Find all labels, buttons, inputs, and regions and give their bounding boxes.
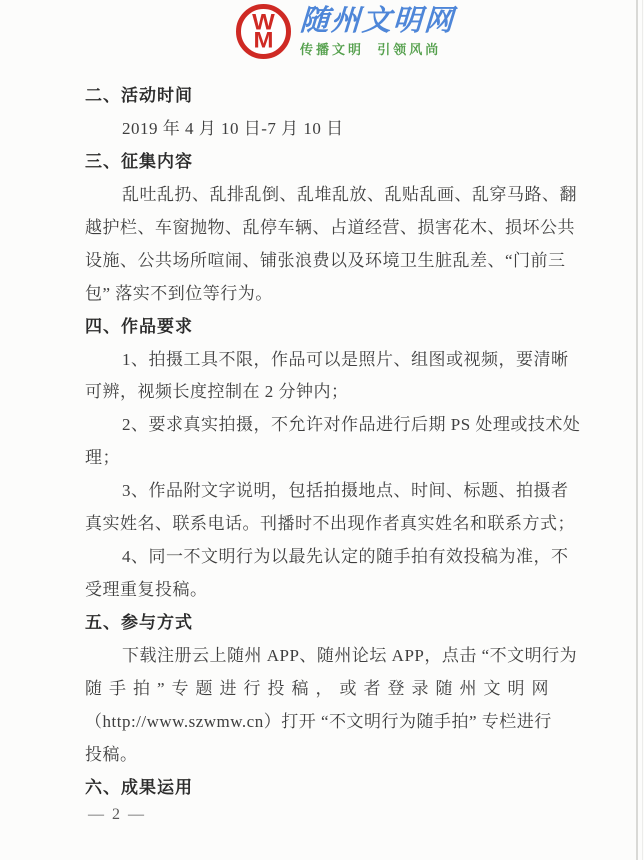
section-heading-activity-time: 二、活动时间 [85, 80, 571, 113]
doc-line: 真实姓名、联系电话。刊播时不出现作者真实姓名和联系方式； [85, 508, 571, 541]
section-heading-requirements: 四、作品要求 [85, 311, 571, 344]
site-title-block: 随州文明网 传播文明 引领风尚 [300, 4, 455, 58]
section-heading-collection: 三、征集内容 [85, 146, 571, 179]
doc-line: 设施、公共场所喧闹、铺张浪费以及环境卫生脏乱差、“门前三 [85, 245, 571, 278]
site-name: 随州文明网 [299, 4, 456, 38]
doc-line-item-1: 1、拍摄工具不限，作品可以是照片、组图或视频，要清晰 [85, 344, 571, 377]
page-number: — 2 — [88, 806, 146, 824]
document-body: 二、活动时间 2019 年 4 月 10 日-7 月 10 日 三、征集内容 乱… [85, 80, 571, 805]
section-heading-participation: 五、参与方式 [85, 607, 571, 640]
doc-line: 下载注册云上随州 APP、随州论坛 APP，点击 “不文明行为 [85, 640, 571, 673]
doc-line-item-3: 3、作品附文字说明，包括拍摄地点、时间、标题、拍摄者 [85, 475, 571, 508]
scan-artifact-line [636, 0, 638, 860]
section-heading-results-use: 六、成果运用 [85, 772, 571, 805]
doc-line: 包” 落实不到位等行为。 [85, 278, 571, 311]
logo-letter-m: M [254, 32, 274, 48]
doc-line-date-range: 2019 年 4 月 10 日-7 月 10 日 [85, 113, 571, 146]
site-header: W M 随州文明网 传播文明 引领风尚 [236, 4, 455, 59]
doc-line: 受理重复投稿。 [85, 574, 571, 607]
scan-artifact-line [642, 0, 643, 860]
site-tagline: 传播文明 引领风尚 [300, 41, 455, 58]
doc-line-website-url: （http://www.szwmw.cn）打开 “不文明行为随手拍” 专栏进行 [85, 706, 571, 739]
doc-line-item-4: 4、同一不文明行为以最先认定的随手拍有效投稿为准，不 [85, 541, 571, 574]
wm-logo-icon: W M [236, 4, 291, 59]
doc-line-item-2: 2、要求真实拍摄，不允许对作品进行后期 PS 处理或技术处 [85, 409, 571, 442]
doc-line: 投稿。 [85, 739, 571, 772]
doc-line: 越护栏、车窗抛物、乱停车辆、占道经营、损害花木、损坏公共 [85, 212, 571, 245]
scanned-notice-page: W M 随州文明网 传播文明 引领风尚 二、活动时间 2019 年 4 月 10… [0, 0, 644, 860]
doc-line: 可辨，视频长度控制在 2 分钟内； [85, 376, 571, 409]
doc-line: 理； [85, 442, 571, 475]
doc-line: 乱吐乱扔、乱排乱倒、乱堆乱放、乱贴乱画、乱穿马路、翻 [85, 179, 571, 212]
doc-line-justified: 随手拍”专题进行投稿，或者登录随州文明网 [85, 673, 571, 706]
